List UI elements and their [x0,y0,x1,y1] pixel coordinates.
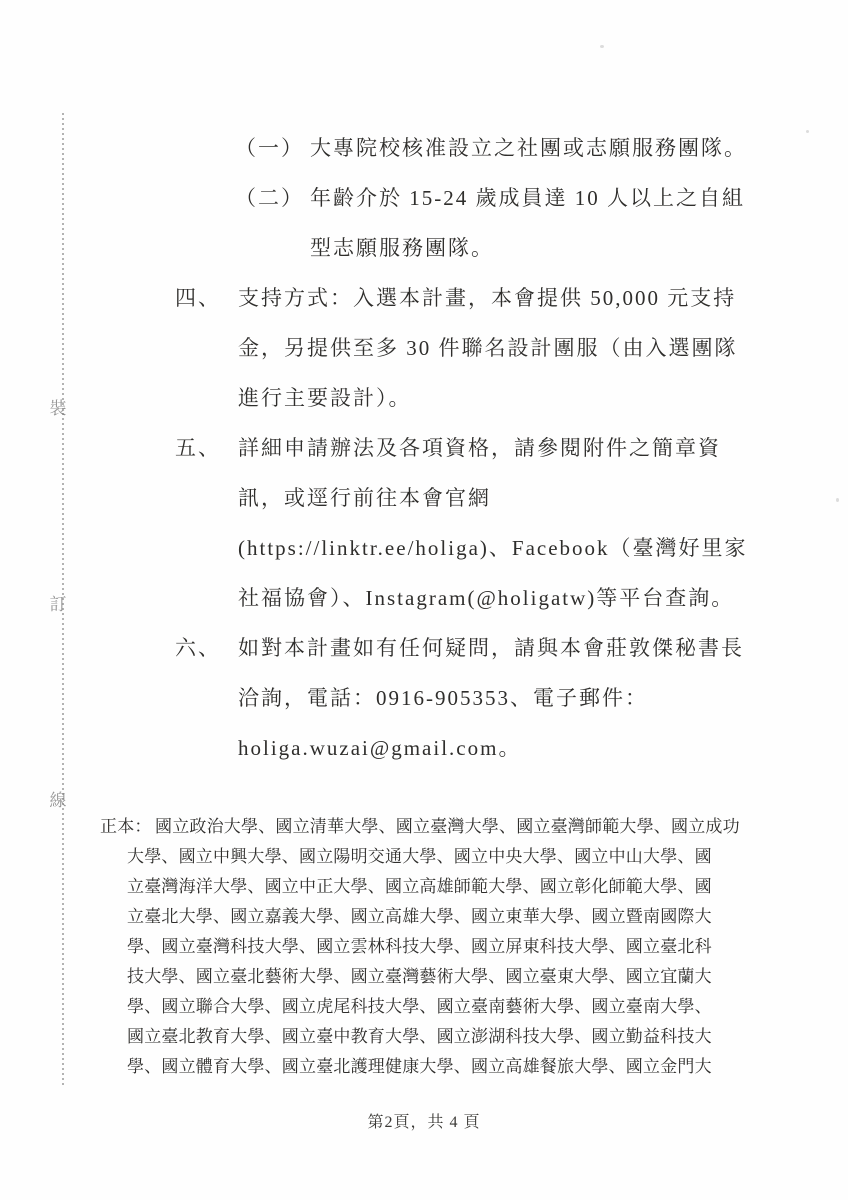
list-item-label: （二） [235,173,304,223]
list-item-text: 進行主要設計）。 [238,373,412,423]
list-item-text: 洽詢，電話：0916-905353、電子郵件： [238,673,648,723]
list-item-text: 訊，或逕行前往本會官網 [238,473,491,523]
binding-mark-xian: 線 [47,786,69,811]
list-item-continuation: 洽詢，電話：0916-905353、電子郵件： [0,673,848,723]
recipients-line: 大學、國立中興大學、國立陽明交通大學、國立中央大學、國立中山大學、國 [0,842,848,872]
page-indicator: 第2頁，共 4 頁 [367,1108,480,1138]
recipients-line: 立臺北大學、國立嘉義大學、國立高雄大學、國立東華大學、國立暨南國際大 [0,902,848,932]
recipients-line: 學、國立體育大學、國立臺北護理健康大學、國立高雄餐旅大學、國立金門大 [0,1052,848,1082]
list-item-text: 年齡介於 15-24 歲成員達 10 人以上之自組 [310,173,745,223]
recipients-block: 正本： 國立政治大學、國立清華大學、國立臺灣大學、國立臺灣師範大學、國立成功 大… [0,812,848,1082]
recipients-text: 大學、國立中興大學、國立陽明交通大學、國立中央大學、國立中山大學、國 [127,842,712,872]
list-item-text: 社福協會）、Instagram(@holigatw)等平台查詢。 [238,573,734,623]
list-item-text: 大專院校核准設立之社團或志願服務團隊。 [310,123,747,173]
list-item-continuation: 型志願服務團隊。 [0,223,848,273]
page-number-footer: 第2頁，共 4 頁 [0,1108,848,1138]
list-item-label: 四、 [175,273,221,323]
list-item-continuation: 訊，或逕行前往本會官網 [0,473,848,523]
recipients-line: 國立臺北教育大學、國立臺中教育大學、國立澎湖科技大學、國立勤益科技大 [0,1022,848,1052]
list-item-text: 型志願服務團隊。 [310,223,494,273]
recipients-text: 國立政治大學、國立清華大學、國立臺灣大學、國立臺灣師範大學、國立成功 [155,812,740,842]
recipients-text: 學、國立聯合大學、國立虎尾科技大學、國立臺南藝術大學、國立臺南大學、 [127,992,712,1022]
list-item-continuation: 進行主要設計）。 [0,373,848,423]
recipients-text: 學、國立臺灣科技大學、國立雲林科技大學、國立屏東科技大學、國立臺北科 [127,932,712,962]
list-item-label: 五、 [175,423,221,473]
recipients-text: 國立臺北教育大學、國立臺中教育大學、國立澎湖科技大學、國立勤益科技大 [127,1022,712,1052]
list-item-text: 金，另提供至多 30 件聯名設計團服（由入選團隊 [238,323,738,373]
recipients-line: 正本： 國立政治大學、國立清華大學、國立臺灣大學、國立臺灣師範大學、國立成功 [0,812,848,842]
list-item: 六、 如對本計畫如有任何疑問，請與本會莊敦傑秘書長 [0,623,848,673]
recipients-text: 學、國立體育大學、國立臺北護理健康大學、國立高雄餐旅大學、國立金門大 [127,1052,712,1082]
list-item-continuation: 社福協會）、Instagram(@holigatw)等平台查詢。 [0,573,848,623]
list-item-continuation: (https://linktr.ee/holiga)、Facebook（臺灣好里… [0,523,848,573]
document-body: （一） 大專院校核准設立之社團或志願服務團隊。 （二） 年齡介於 15-24 歲… [0,123,848,773]
list-item-label: 六、 [175,623,221,673]
list-item: （二） 年齡介於 15-24 歲成員達 10 人以上之自組 [0,173,848,223]
recipients-line: 立臺灣海洋大學、國立中正大學、國立高雄師範大學、國立彰化師範大學、國 [0,872,848,902]
recipients-line: 學、國立聯合大學、國立虎尾科技大學、國立臺南藝術大學、國立臺南大學、 [0,992,848,1022]
list-item: 五、 詳細申請辦法及各項資格，請參閱附件之簡章資 [0,423,848,473]
recipients-label: 正本： [100,812,152,842]
recipients-text: 技大學、國立臺北藝術大學、國立臺灣藝術大學、國立臺東大學、國立宜蘭大 [127,962,712,992]
list-item-text: (https://linktr.ee/holiga)、Facebook（臺灣好里… [238,523,748,573]
list-item-label: （一） [235,123,304,173]
recipients-line: 學、國立臺灣科技大學、國立雲林科技大學、國立屏東科技大學、國立臺北科 [0,932,848,962]
list-item: 四、 支持方式：入選本計畫，本會提供 50,000 元支持 [0,273,848,323]
list-item-continuation: 金，另提供至多 30 件聯名設計團服（由入選團隊 [0,323,848,373]
recipients-text: 立臺北大學、國立嘉義大學、國立高雄大學、國立東華大學、國立暨南國際大 [127,902,712,932]
list-item: （一） 大專院校核准設立之社團或志願服務團隊。 [0,123,848,173]
list-item-text: 詳細申請辦法及各項資格，請參閱附件之簡章資 [238,423,721,473]
recipients-line: 技大學、國立臺北藝術大學、國立臺灣藝術大學、國立臺東大學、國立宜蘭大 [0,962,848,992]
list-item-text: holiga.wuzai@gmail.com。 [238,723,521,773]
scan-speck [600,45,604,48]
scanned-document-page: 裝 訂 線 （一） 大專院校核准設立之社團或志願服務團隊。 （二） 年齡介於 1… [0,0,848,1200]
recipients-text: 立臺灣海洋大學、國立中正大學、國立高雄師範大學、國立彰化師範大學、國 [127,872,712,902]
list-item-text: 支持方式：入選本計畫，本會提供 50,000 元支持 [238,273,736,323]
list-item-text: 如對本計畫如有任何疑問，請與本會莊敦傑秘書長 [238,623,744,673]
list-item-continuation: holiga.wuzai@gmail.com。 [0,723,848,773]
